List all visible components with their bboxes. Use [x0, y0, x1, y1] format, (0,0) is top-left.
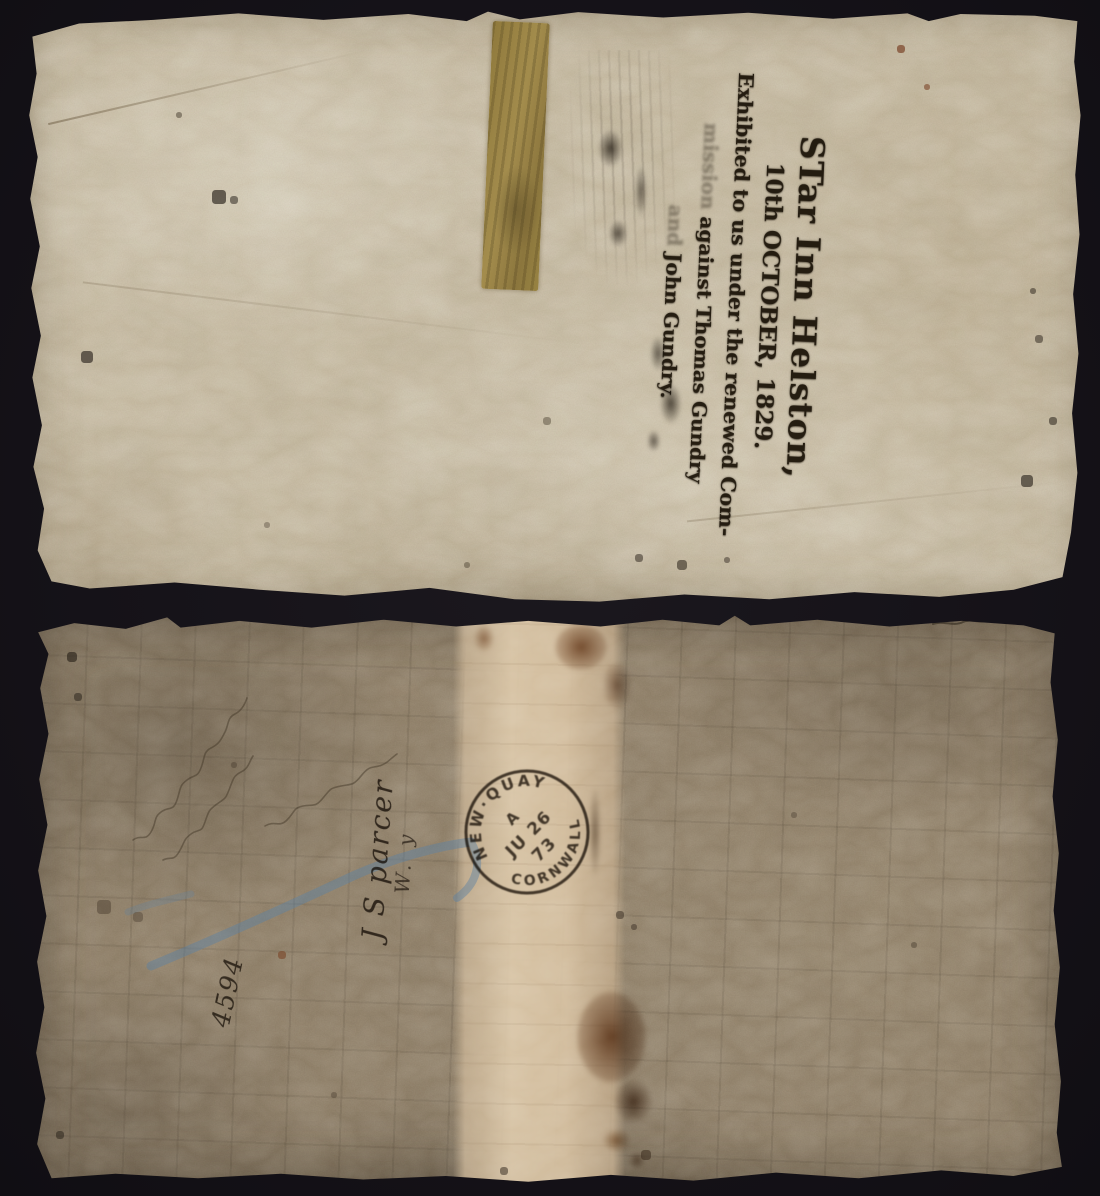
photo-background: STar Inn Helston, 10th OCTOBER, 1829. Ex…: [0, 0, 1100, 1196]
stain-specks: [33, 614, 35, 616]
handwritten-number: 4594: [206, 936, 256, 1031]
fold-crease: [83, 281, 599, 346]
ink-spots: [26, 8, 28, 10]
faint-handwriting: [133, 698, 397, 860]
bottom-document: NEW·QUAY CORNWALL A JU 26 73 J S parcer …: [33, 614, 1065, 1184]
blotch-texture: [26, 8, 1088, 604]
grain-texture: [26, 8, 1088, 604]
postmark-index-letter: A: [502, 807, 524, 829]
fold-crease: [48, 49, 370, 125]
small-scribble: [933, 620, 989, 624]
wrinkle-texture: [26, 8, 1088, 604]
handwritten-note: J S parcer W. y: [353, 739, 450, 984]
exhibit-stamp-text: STar Inn Helston, 10th OCTOBER, 1829. Ex…: [615, 50, 837, 558]
top-document: STar Inn Helston, 10th OCTOBER, 1829. Ex…: [26, 8, 1088, 604]
adhesive-tape-strip: [481, 21, 550, 291]
